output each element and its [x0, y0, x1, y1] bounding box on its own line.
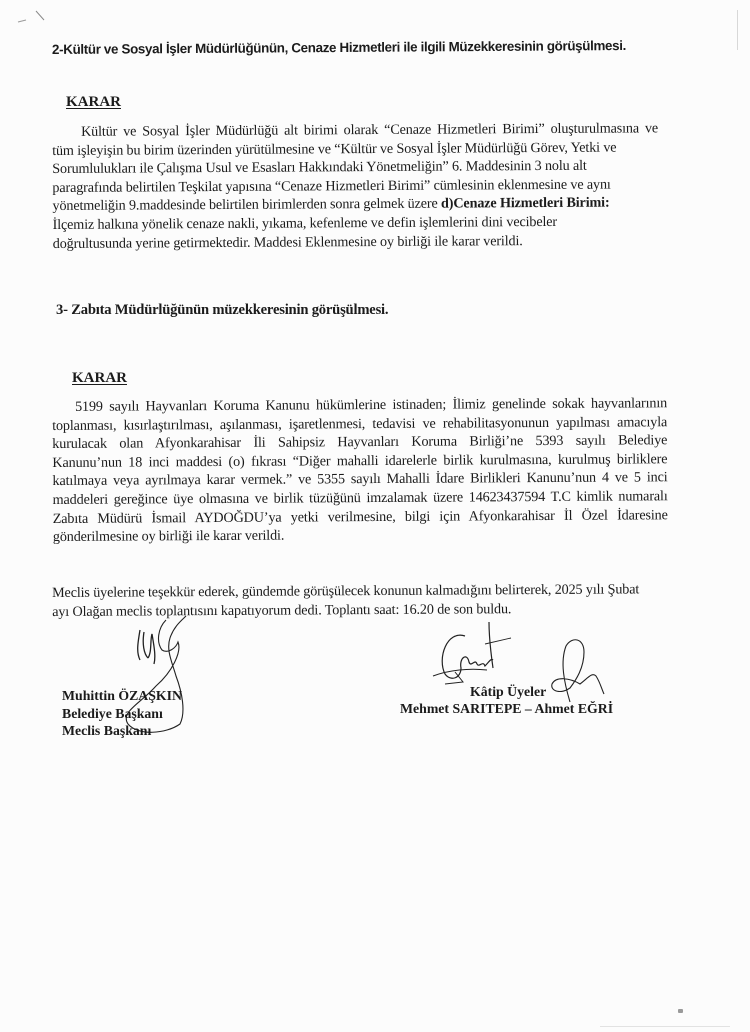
- scan-edge-bottom: [600, 1026, 730, 1027]
- section-3-karar-heading: KARAR: [72, 370, 127, 387]
- section-2-karar-heading: KARAR: [66, 94, 121, 111]
- closing-text: Meclis üyelerine teşekkür ederek, gündem…: [52, 580, 692, 621]
- president-signature-block: Muhittin ÖZAŞKIN Belediye Başkanı Meclis…: [62, 687, 182, 740]
- text-segment: yönetmeliğin 9.maddesinde belirtilen bir…: [52, 196, 441, 214]
- president-name: Muhittin ÖZAŞKIN: [62, 687, 182, 705]
- text-line: doğrultusunda yerine getirmektedir. Madd…: [53, 231, 659, 253]
- text-line: yönetmeliğin 9.maddesinde belirtilen bir…: [52, 194, 658, 216]
- text-line: Zabıta Müdürü İsmail AYDOĞDU’ya yetki ve…: [53, 506, 668, 528]
- clerks-role: Kâtip Üyeler: [470, 683, 546, 701]
- president-title-mayor: Belediye Başkanı: [62, 705, 182, 723]
- section-2-title: 2-Kültür ve Sosyal İşler Müdürlüğünün, C…: [52, 38, 626, 57]
- section-3-title: 3- Zabıta Müdürlüğünün müzekkeresinin gö…: [56, 302, 388, 319]
- text-line: ayı Olağan meclis toplantısını kapatıyor…: [52, 599, 692, 622]
- bold-unit-name: d)Cenaze Hizmetleri Birimi:: [441, 195, 610, 212]
- scan-edge: [737, 10, 738, 50]
- scan-speck: [678, 1009, 683, 1013]
- section-3-decision-text: 5199 sayılı Hayvanları Koruma Kanunu hük…: [52, 394, 668, 547]
- text-line: gönderilmesine oy birliği ile karar veri…: [53, 524, 668, 546]
- clerks-names: Mehmet SARITEPE – Ahmet EĞRİ: [400, 700, 613, 718]
- document-page: 2-Kültür ve Sosyal İşler Müdürlüğünün, C…: [0, 0, 750, 1032]
- section-2-decision-text: Kültür ve Sosyal İşler Müdürlüğü alt bir…: [52, 119, 659, 253]
- text-line: Meclis üyelerine teşekkür ederek, gündem…: [52, 580, 692, 603]
- president-title-council: Meclis Başkanı: [62, 722, 182, 740]
- pen-mark-icon: [14, 8, 48, 28]
